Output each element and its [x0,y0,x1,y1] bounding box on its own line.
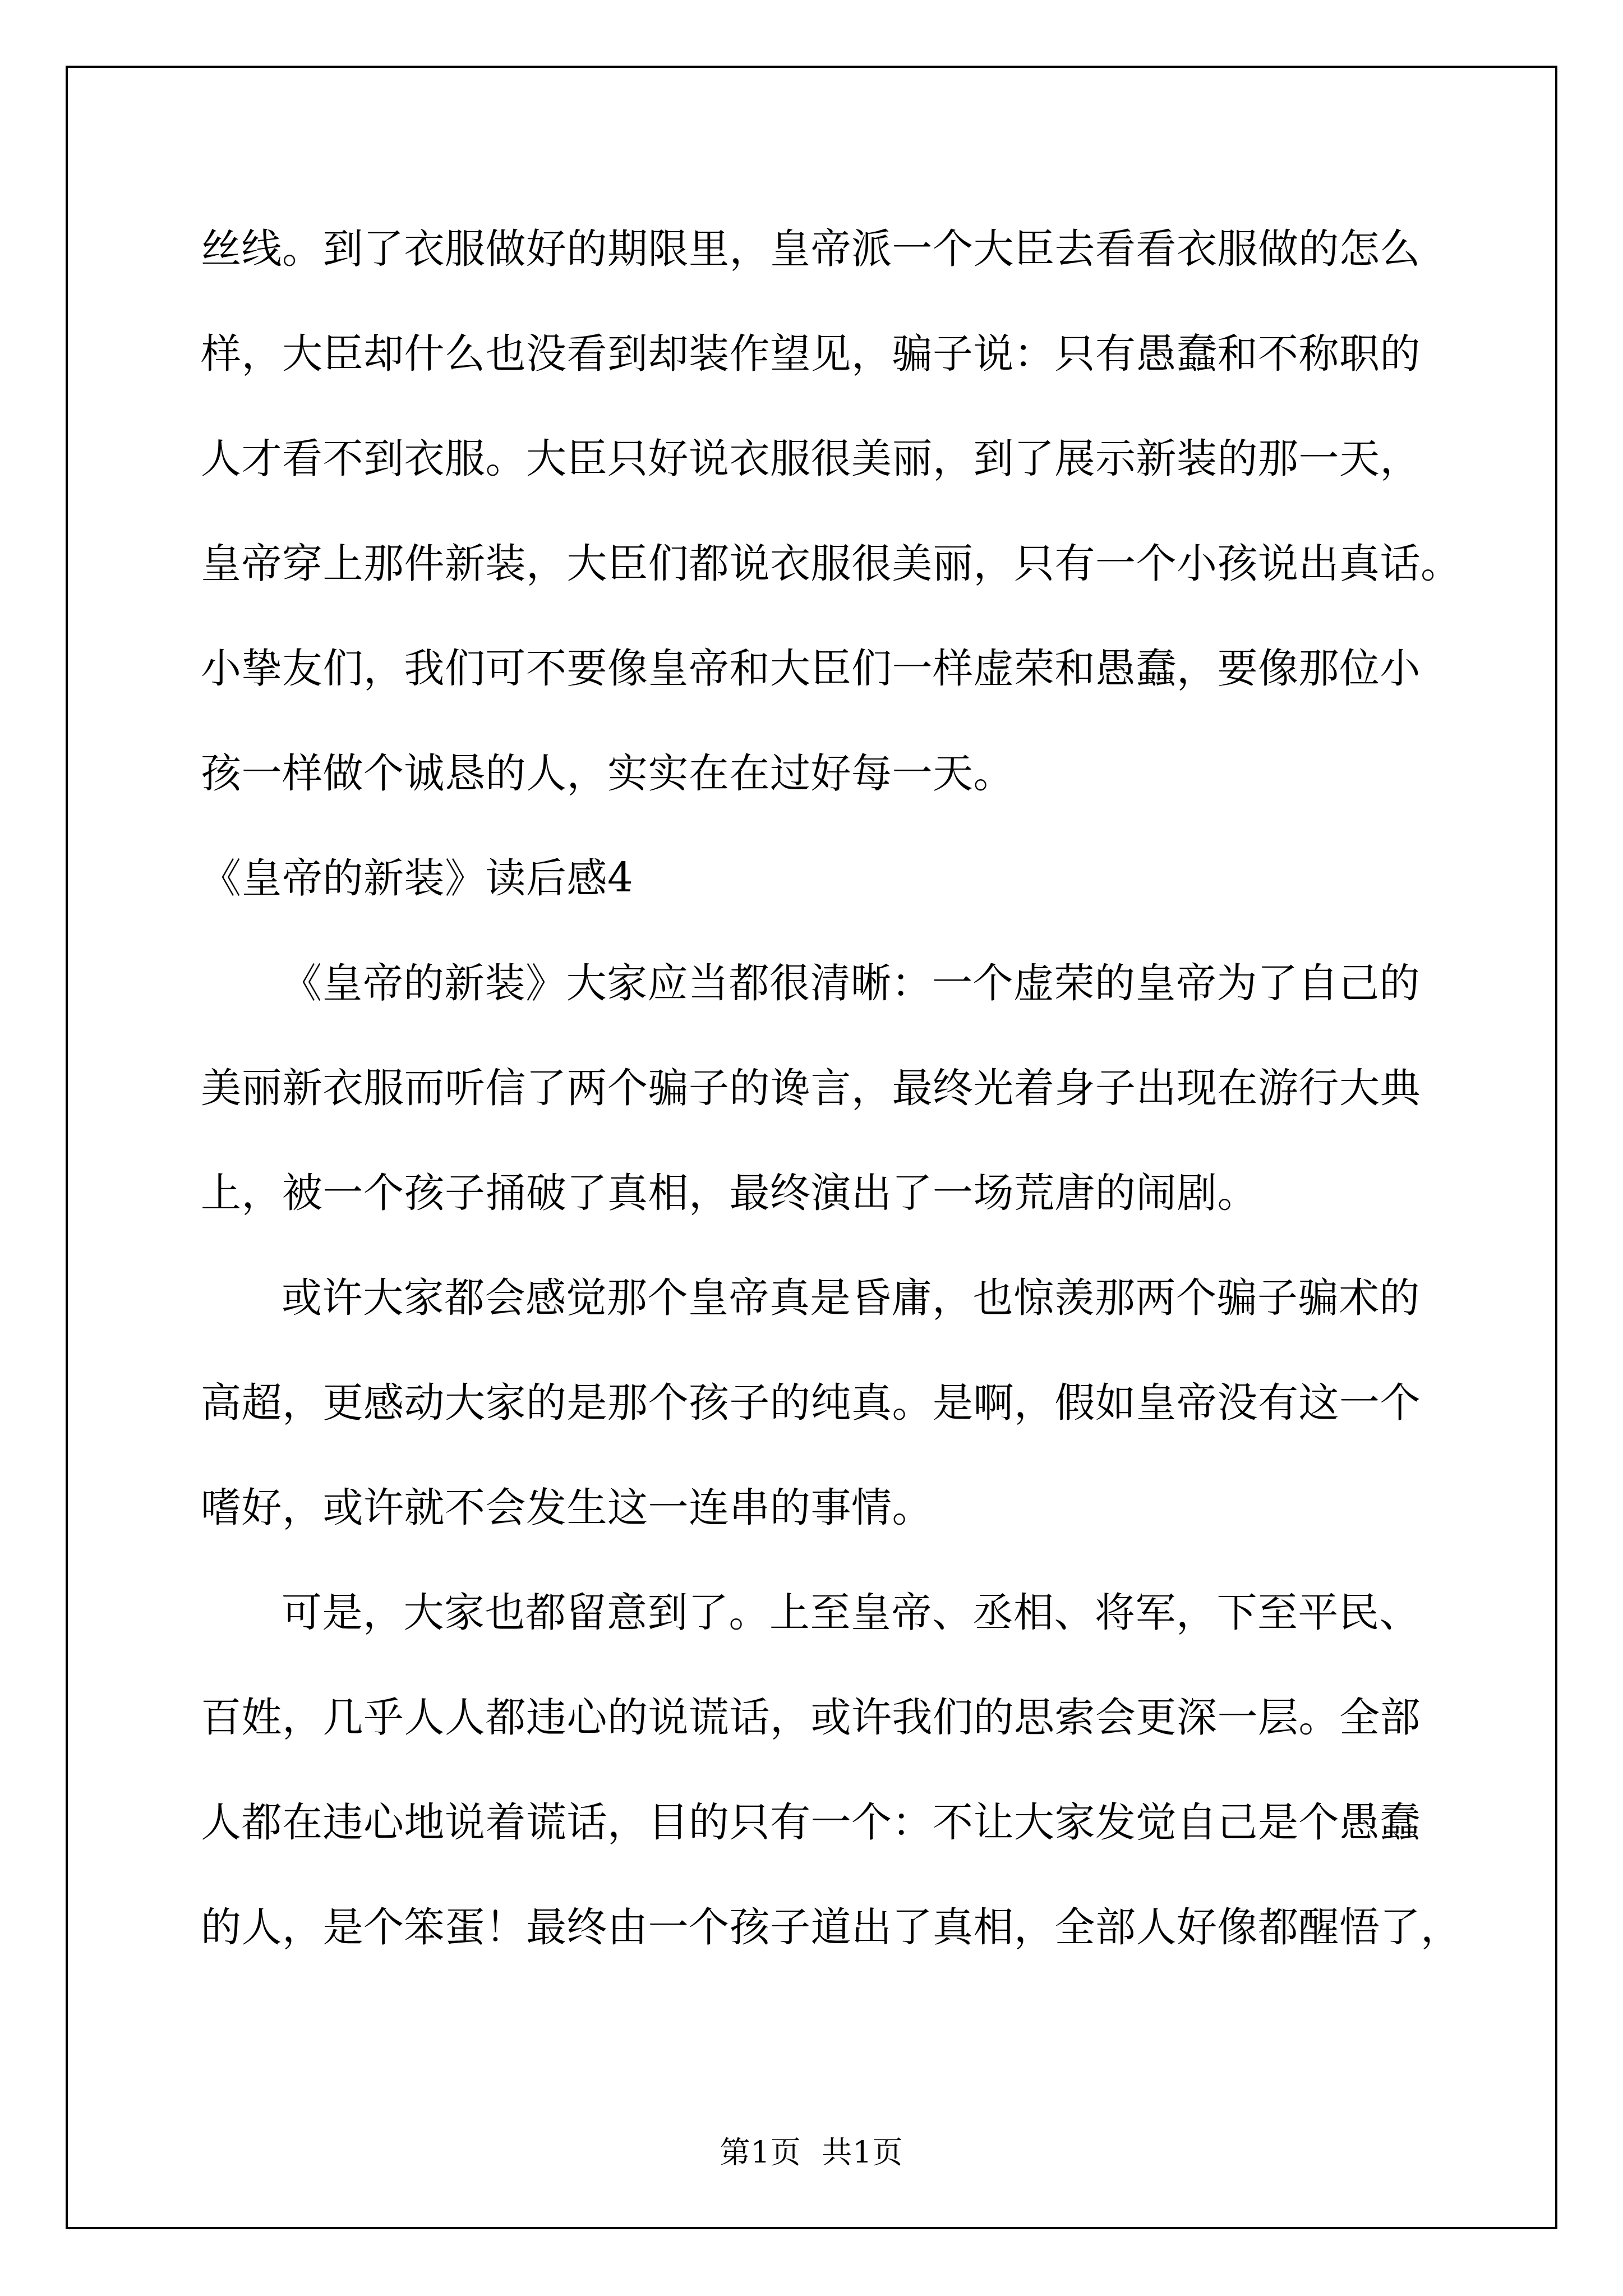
text-line: 样，大臣却什么也没看到却装作望见，骗子说：只有愚蠢和不称职的 [201,301,1423,406]
document-page: 丝线。到了衣服做好的期限里，皇帝派一个大臣去看看衣服做的怎么 样，大臣却什么也没… [0,0,1623,2296]
text-line: 嗜好，或许就不会发生这一连串的事情。 [201,1455,1423,1560]
text-line: 人都在违心地说着谎话，目的只有一个：不让大家发觉自己是个愚蠢 [201,1770,1423,1875]
text-line: 美丽新衣服而听信了两个骗子的谗言，最终光着身子出现在游行大典 [201,1036,1423,1140]
text-line: 高超，更感动大家的是那个孩子的纯真。是啊，假如皇帝没有这一个 [201,1350,1423,1455]
text-line: 皇帝穿上那件新装，大臣们都说衣服很美丽，只有一个小孩说出真话。 [201,511,1423,616]
text-line: 可是，大家也都留意到了。上至皇帝、丞相、将军，下至平民、 [201,1560,1423,1665]
text-line: 百姓，几乎人人都违心的说谎话，或许我们的思索会更深一层。全部 [201,1665,1423,1770]
text-line: 《皇帝的新装》大家应当都很清晰：一个虚荣的皇帝为了自己的 [201,931,1423,1036]
text-line: 上，被一个孩子捅破了真相，最终演出了一场荒唐的闹剧。 [201,1140,1423,1245]
page-footer: 第1页 共1页 [0,2133,1623,2173]
section-heading: 《皇帝的新装》读后感4 [201,826,1423,931]
document-text: 丝线。到了衣服做好的期限里，皇帝派一个大臣去看看衣服做的怎么 样，大臣却什么也没… [201,196,1423,1980]
text-line: 小挚友们，我们可不要像皇帝和大臣们一样虚荣和愚蠢，要像那位小 [201,616,1423,721]
text-line: 丝线。到了衣服做好的期限里，皇帝派一个大臣去看看衣服做的怎么 [201,196,1423,301]
text-line: 的人，是个笨蛋！最终由一个孩子道出了真相，全部人好像都醒悟了， [201,1875,1423,1980]
text-line: 孩一样做个诚恳的人，实实在在过好每一天。 [201,721,1423,826]
text-line: 人才看不到衣服。大臣只好说衣服很美丽，到了展示新装的那一天， [201,406,1423,511]
text-line: 或许大家都会感觉那个皇帝真是昏庸，也惊羡那两个骗子骗术的 [201,1245,1423,1350]
